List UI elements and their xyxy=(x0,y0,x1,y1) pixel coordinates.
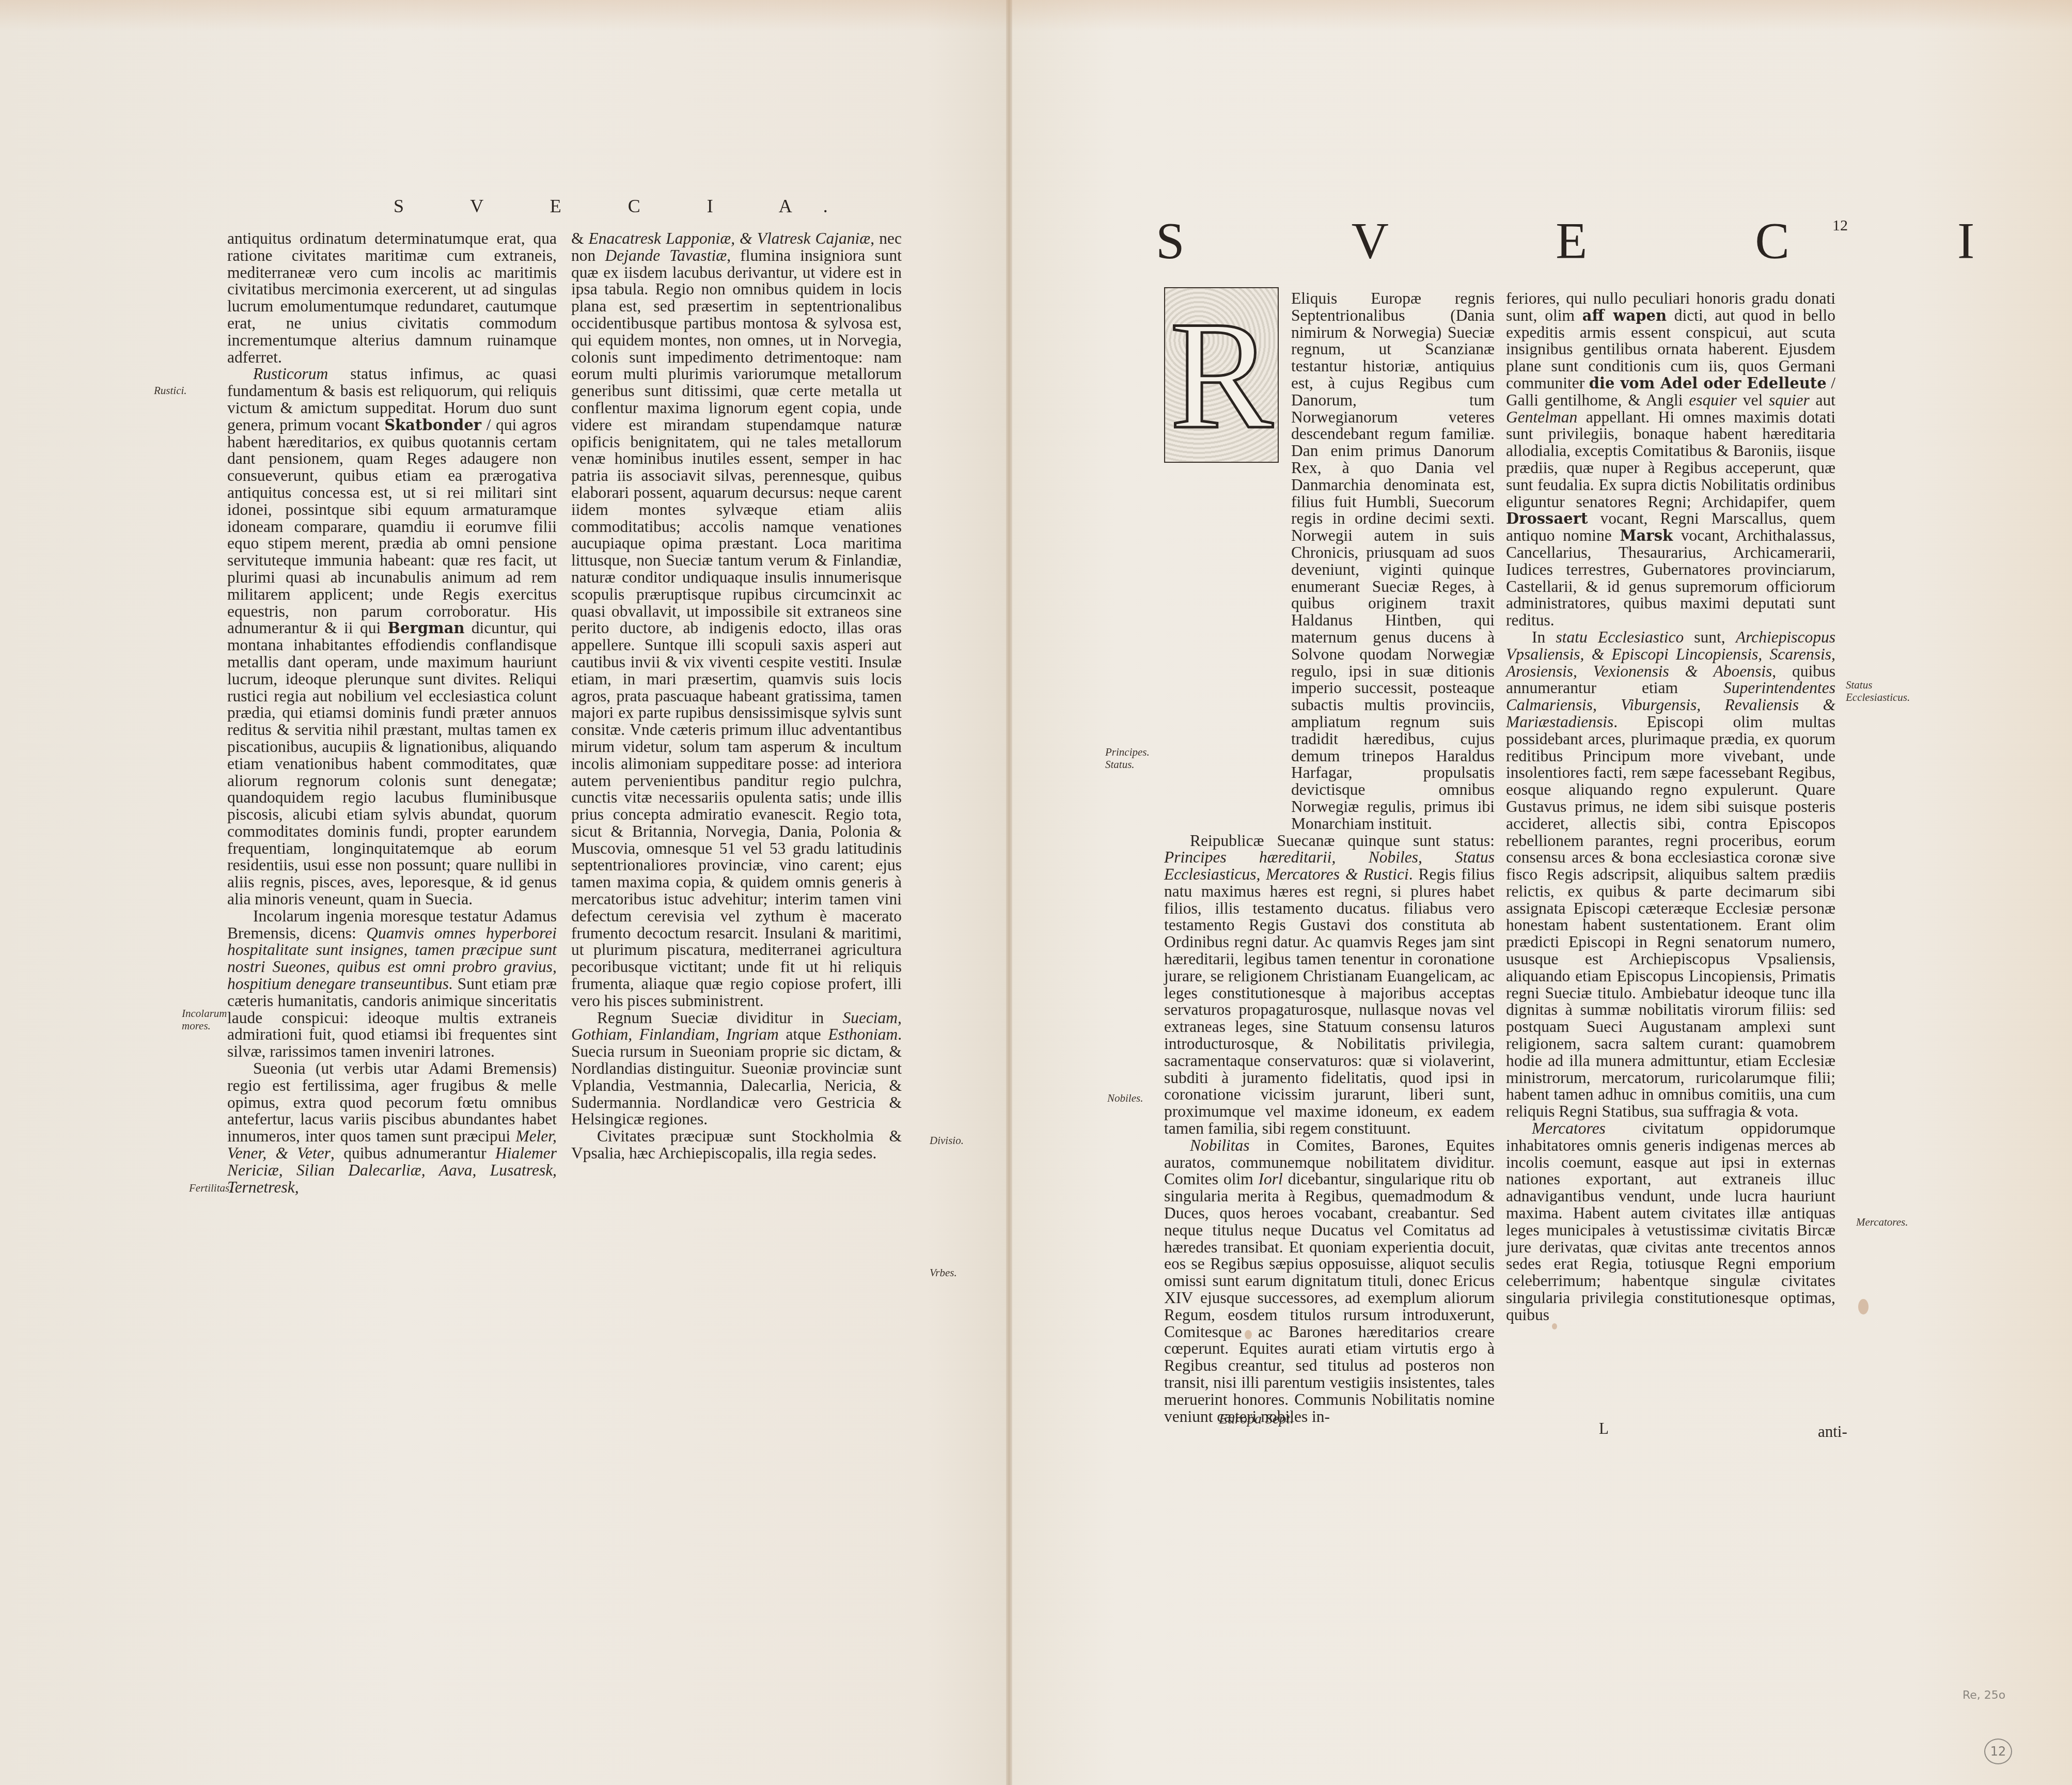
paragraph: Mercatores civitatum oppidorumque inhabi… xyxy=(1506,1120,1835,1324)
text-run: Eliquis Europæ regnis Septentrionalibus … xyxy=(1291,289,1495,833)
text-run: Reipublicæ Suecanæ quinque sunt status: xyxy=(1190,832,1495,850)
paragraph: Eliquis Europæ regnis Septentrionalibus … xyxy=(1164,290,1495,833)
margin-note: Mercatores. xyxy=(1856,1216,1913,1228)
text-run: civitatum oppidorumque inhabitatores omn… xyxy=(1506,1119,1835,1324)
text-run: In xyxy=(1532,628,1556,646)
paragraph: antiquitus ordinatum determinatumque era… xyxy=(227,230,557,366)
paragraph: Sueonia (ut verbis utar Adami Bremensis)… xyxy=(227,1060,557,1196)
margin-note: Vrbes. xyxy=(930,1266,986,1279)
left-column-1: antiquitus ordinatum determinatumque era… xyxy=(227,230,557,1196)
text-run: & xyxy=(571,229,589,247)
folio-number: 12 xyxy=(1832,217,1848,234)
paragraph: feriores, qui nullo peculiari honoris gr… xyxy=(1506,290,1835,629)
signature-mark: L xyxy=(1599,1419,1609,1438)
margin-note: Divisio. xyxy=(930,1134,986,1147)
blackletter-run: Bergman xyxy=(387,619,464,637)
italic-run: Nobilitas xyxy=(1190,1136,1250,1154)
signature-text: Europa Sept. xyxy=(1219,1411,1294,1428)
italic-run: Rusticorum xyxy=(253,365,328,383)
foxing-spot xyxy=(1552,1323,1557,1329)
text-run: , quibus adnumerantur xyxy=(331,1144,495,1162)
paragraph: Nobilitas in Comites, Barones, Equites a… xyxy=(1164,1137,1495,1426)
text-run: , flumina insigniora sunt quæ ex iisdem … xyxy=(571,246,902,1010)
sheet-number-text: 12 xyxy=(1990,1744,2006,1759)
blackletter-run: Drossaert xyxy=(1506,510,1588,527)
margin-note: Principes. Status. xyxy=(1105,746,1162,771)
text-run: . Regis filius natu maximus hæres est re… xyxy=(1164,865,1495,1137)
text-run: sunt, xyxy=(1684,628,1736,646)
italic-run: esquier xyxy=(1689,391,1737,409)
text-run: Sueonia (ut verbis utar Adami Bremensis)… xyxy=(227,1059,557,1145)
catchword: anti- xyxy=(1818,1422,1847,1441)
left-column-2: & Enacatresk Lapponiæ, & Vlatresk Cajani… xyxy=(571,230,902,1162)
paper-foxing xyxy=(0,0,2072,31)
paragraph: Rusticorum status infimus, ac quasi fund… xyxy=(227,366,557,908)
paragraph: Incolarum ingenia moresque testatur Adam… xyxy=(227,908,557,1060)
paragraph: Civitates præcipuæ sunt Stockholmia & Vp… xyxy=(571,1128,902,1162)
text-run: dicuntur, qui montana inhabitantes effod… xyxy=(227,619,557,908)
paragraph: Reipublicæ Suecanæ quinque sunt status: … xyxy=(1164,833,1495,1137)
blackletter-run: Marsk xyxy=(1620,527,1673,544)
italic-run: Esthoniam xyxy=(828,1025,898,1043)
paragraph: & Enacatresk Lapponiæ, & Vlatresk Cajani… xyxy=(571,230,902,1010)
foxing-spot xyxy=(1858,1299,1869,1314)
italic-run: statu Ecclesiastico xyxy=(1556,628,1684,646)
paragraph: In statu Ecclesiastico sunt, Archiepisco… xyxy=(1506,629,1835,1120)
margin-note: Incolarum mores. xyxy=(182,1007,239,1032)
italic-run: squier xyxy=(1769,391,1810,409)
text-run: Regnum Sueciæ dividitur in xyxy=(597,1009,842,1027)
italic-run: Mercatores xyxy=(1532,1119,1606,1137)
blackletter-run: aff wapen xyxy=(1582,307,1667,324)
paragraph: Regnum Sueciæ dividitur in Sueciam, Goth… xyxy=(571,1010,902,1129)
text-run: vel xyxy=(1737,391,1769,409)
text-run: atque xyxy=(779,1025,828,1043)
pencil-sheet-number: 12 xyxy=(1984,1739,2012,1764)
text-run: aut xyxy=(1810,391,1835,409)
italic-run: Gentelman xyxy=(1506,408,1577,426)
italic-run: Iorl xyxy=(1259,1170,1283,1188)
right-column-1: Eliquis Europæ regnis Septentrionalibus … xyxy=(1164,290,1495,1425)
text-run: Civitates præcipuæ sunt Stockholmia & Vp… xyxy=(571,1127,902,1162)
foxing-spot xyxy=(1245,1330,1252,1339)
text-run: dicebantur, singularique ritu ob singula… xyxy=(1164,1170,1495,1425)
italic-run: Dejande Tavastiæ xyxy=(605,246,727,264)
pencil-price-note: Re, 25o xyxy=(1963,1689,2005,1702)
margin-note: Fertilitas. xyxy=(189,1182,246,1194)
right-column-2: feriores, qui nullo peculiari honoris gr… xyxy=(1506,290,1835,1324)
running-head-left: S V E C I A. xyxy=(394,195,859,217)
margin-note: Nobiles. xyxy=(1107,1092,1164,1104)
margin-note: Status Ecclesiasticus. xyxy=(1846,679,1903,703)
blackletter-run: die vom Adel oder Edelleute xyxy=(1589,374,1827,392)
book-gutter xyxy=(1006,0,1012,1785)
text-run: . Episcopi olim multas possidebant arces… xyxy=(1506,713,1835,1120)
running-head-right: S V E C I A. xyxy=(1156,211,2072,270)
blackletter-run: Skatbonder xyxy=(384,416,481,434)
italic-run: Enacatresk Lapponiæ, & Vlatresk Cajaniæ xyxy=(589,229,871,247)
margin-note: Rustici. xyxy=(154,384,211,397)
text-run: / qui agros habent hæreditarios, ex quib… xyxy=(227,416,557,637)
